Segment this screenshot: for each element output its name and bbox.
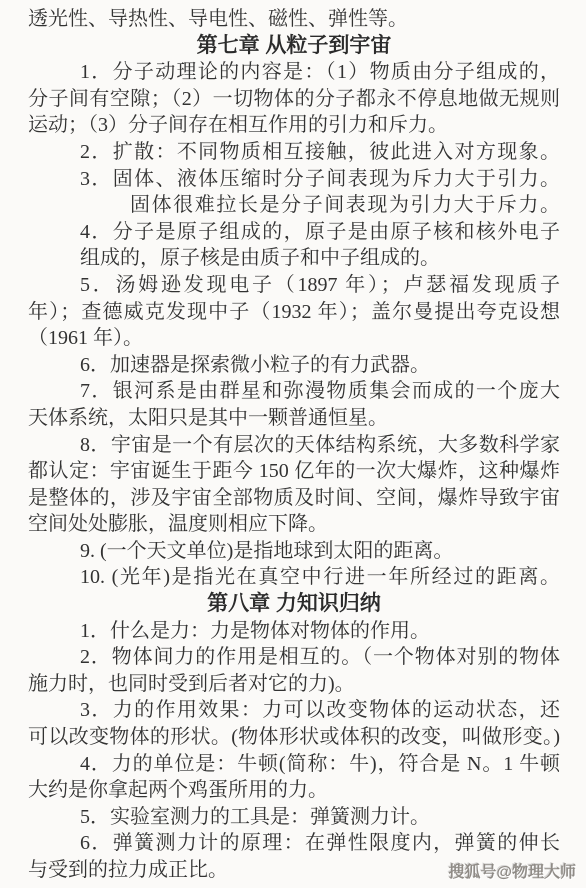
text-line: 5．汤姆逊发现电子（1897 年）；卢瑟福发现质子（1919 bbox=[28, 272, 560, 299]
text-line: 3．固体、液体压缩时分子间表现为斥力大于引力。 bbox=[28, 166, 560, 193]
text-line: 天体系统，太阳只是其中一颗普通恒星。 bbox=[28, 405, 560, 432]
text-line: 1．什么是力：力是物体对物体的作用。 bbox=[28, 618, 560, 645]
scanned-document-page: 透光性、导热性、导电性、磁性、弹性等。第七章 从粒子到宇宙1．分子动理论的内容是… bbox=[0, 0, 586, 888]
text-line: 2．扩散：不同物质相互接触，彼此进入对方现象。 bbox=[28, 139, 560, 166]
text-line: 10. (光年)是指光在真空中行进一年所经过的距离。 bbox=[28, 564, 560, 591]
text-line: 组成的，原子核是由质子和中子组成的。 bbox=[28, 245, 560, 272]
text-line: 5．实验室测力的工具是：弹簧测力计。 bbox=[28, 804, 560, 831]
sohu-watermark: 搜狐号@物理大师 bbox=[448, 859, 576, 882]
text-line: 4．力的单位是：牛顿(简称：牛)，符合是 N。1 牛顿 bbox=[28, 751, 560, 778]
text-line: 固体很难拉长是分子间表现为引力大于斥力。 bbox=[28, 192, 560, 219]
text-line: 透光性、导热性、导电性、磁性、弹性等。 bbox=[28, 6, 560, 33]
text-line: 施力时，也同时受到后者对它的力)。 bbox=[28, 671, 560, 698]
text-line: 6．弹簧测力计的原理：在弹性限度内，弹簧的伸长 bbox=[28, 830, 560, 857]
text-line: 3．力的作用效果：力可以改变物体的运动状态，还 bbox=[28, 697, 560, 724]
document-body: 透光性、导热性、导电性、磁性、弹性等。第七章 从粒子到宇宙1．分子动理论的内容是… bbox=[0, 0, 586, 884]
text-line: 1．分子动理论的内容是：（1）物质由分子组成的， bbox=[28, 59, 560, 86]
text-line: 9. (一个天文单位)是指地球到太阳的距离。 bbox=[28, 538, 560, 565]
text-line: （1961 年）。 bbox=[28, 325, 560, 352]
text-line: 运动；（3）分子间存在相互作用的引力和斥力。 bbox=[28, 112, 560, 139]
text-line: 8．宇宙是一个有层次的天体结构系统，大多数科学家 bbox=[28, 432, 560, 459]
text-line: 空间处处膨胀，温度则相应下降。 bbox=[28, 511, 560, 538]
text-line: 6．加速器是探索微小粒子的有力武器。 bbox=[28, 352, 560, 379]
text-line: 可以改变物体的形状。(物体形状或体积的改变，叫做形变。) bbox=[28, 724, 560, 751]
text-line: 2．物体间力的作用是相互的。（一个物体对别的物体 bbox=[28, 644, 560, 671]
text-line: 4．分子是原子组成的，原子是由原子核和核外电子 bbox=[28, 219, 560, 246]
text-line: 是整体的，涉及宇宙全部物质及时间、空间，爆炸导致宇宙 bbox=[28, 485, 560, 512]
text-line: 都认定：宇宙诞生于距今 150 亿年的一次大爆炸，这种爆炸 bbox=[28, 458, 560, 485]
text-line: 大约是你拿起两个鸡蛋所用的力。 bbox=[28, 777, 560, 804]
chapter-heading: 第七章 从粒子到宇宙 bbox=[28, 33, 560, 60]
text-line: 7．银河系是由群星和弥漫物质集会而成的一个庞大 bbox=[28, 378, 560, 405]
chapter-heading: 第八章 力知识归纳 bbox=[28, 591, 560, 618]
text-line: 年）；查德威克发现中子（1932 年）；盖尔曼提出夸克设想 bbox=[28, 299, 560, 326]
text-line: 分子间有空隙；（2）一切物体的分子都永不停息地做无规则 bbox=[28, 86, 560, 113]
